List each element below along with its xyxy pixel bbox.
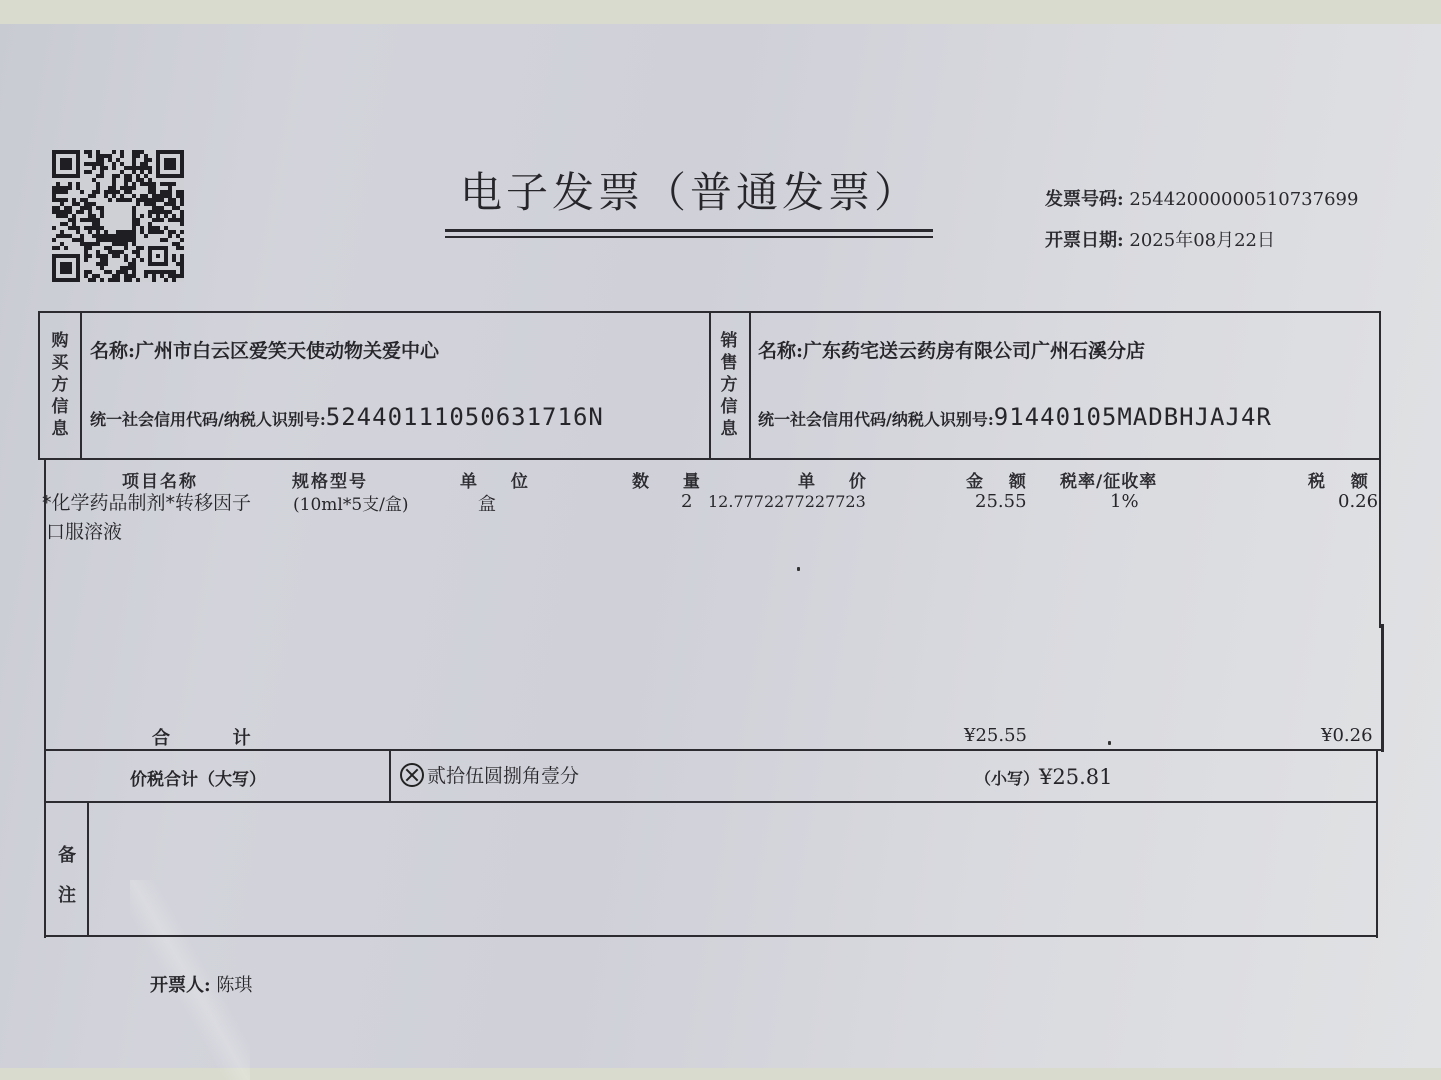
issuer-label: 开票人: <box>150 975 211 996</box>
col-header-unit-price: 单 价 <box>798 467 880 492</box>
total-label: 合 计 <box>152 724 251 750</box>
buyer-name-label: 名称: <box>90 340 135 362</box>
buyer-seller-divider <box>709 311 711 460</box>
seller-tax-id-value: 91440105MADBHJAJ4R <box>994 403 1272 431</box>
invoice-number-label: 发票号码: <box>1045 189 1124 210</box>
item-name-line2: 口服溶液 <box>46 517 122 544</box>
remarks-label: 备 注 <box>56 836 78 916</box>
buyer-label-char: 买 <box>49 352 71 374</box>
seller-label-char: 售 <box>718 352 740 374</box>
invoice-number: 发票号码: 25442000000510737699 <box>1045 185 1358 211</box>
issue-date-label: 开票日期: <box>1045 230 1124 251</box>
invoice-number-value: 25442000000510737699 <box>1129 189 1358 210</box>
item-tax: 0.26 <box>1338 491 1378 512</box>
item-unit-price: 12.7772277227723 <box>708 492 866 511</box>
grand-total-bottom-border <box>46 801 1378 803</box>
remarks-label-char: 注 <box>56 876 78 916</box>
col-header-amount: 金 额 <box>966 467 1036 492</box>
grand-total-small-label: （小写） <box>975 769 1039 788</box>
frame-left-border-top <box>38 311 40 460</box>
qr-code-icon <box>52 150 184 282</box>
remarks-label-divider <box>87 801 89 936</box>
buyer-label-char: 信 <box>49 396 71 418</box>
frame-right-border-top <box>1379 311 1381 460</box>
item-unit: 盒 <box>478 490 496 516</box>
grand-total-divider <box>389 749 391 802</box>
grand-total-small-value: ¥25.81 <box>1039 765 1112 789</box>
seller-label-divider <box>749 311 751 460</box>
issuer: 开票人: 陈琪 <box>150 971 252 997</box>
invoice-title: 电子发票（普通发票） <box>445 160 935 220</box>
seller-label-char: 方 <box>718 374 740 396</box>
seller-section-label: 销 售 方 信 息 <box>718 330 740 440</box>
seller-name: 名称:广东药宅送云药房有限公司广州石溪分店 <box>758 336 1145 363</box>
grand-total-words-value: 贰拾伍圆捌角壹分 <box>427 765 579 787</box>
buyer-tax-id-value: 52440111050631716N <box>326 403 604 431</box>
col-header-tax-rate: 税率/征收率 <box>1060 467 1157 492</box>
col-header-quantity: 数 量 <box>632 467 714 492</box>
frame-right-border-bottom <box>1376 750 1378 938</box>
grand-total-words: 贰拾伍圆捌角壹分 <box>400 761 579 788</box>
remarks-label-char: 备 <box>56 836 78 876</box>
item-spec: (10ml*5支/盒) <box>293 490 409 515</box>
total-amount: ¥25.55 <box>964 725 1027 746</box>
issuer-name: 陈琪 <box>216 975 252 996</box>
col-header-tax: 税 额 <box>1308 467 1378 492</box>
buyer-label-char: 方 <box>49 374 71 396</box>
item-name-line1: *化学药品制剂*转移因子 <box>42 488 251 515</box>
issue-date-value: 2025年08月22日 <box>1129 230 1275 251</box>
seller-tax-id: 统一社会信用代码/纳税人识别号:91440105MADBHJAJ4R <box>758 403 1272 431</box>
seller-label-char: 信 <box>718 396 740 418</box>
seller-label-char: 销 <box>718 330 740 352</box>
buyer-tax-id: 统一社会信用代码/纳税人识别号:52440111050631716N <box>90 403 604 431</box>
issue-date: 开票日期: 2025年08月22日 <box>1045 226 1275 252</box>
col-header-unit: 单 位 <box>460 467 542 492</box>
buyer-name: 名称:广州市白云区爱笑天使动物关爱中心 <box>90 336 439 363</box>
col-header-spec: 规格型号 <box>292 467 368 492</box>
buyer-label-divider <box>80 311 82 460</box>
item-amount: 25.55 <box>975 491 1027 512</box>
buyer-label-char: 购 <box>49 330 71 352</box>
title-underline <box>445 229 933 232</box>
frame-bottom-border <box>46 935 1378 937</box>
seller-name-value: 广东药宅送云药房有限公司广州石溪分店 <box>803 340 1145 362</box>
buyer-name-value: 广州市白云区爱笑天使动物关爱中心 <box>135 340 439 362</box>
seller-tax-id-label: 统一社会信用代码/纳税人识别号: <box>758 410 994 429</box>
remarks-content <box>92 806 1372 931</box>
grand-total-small: （小写）¥25.81 <box>975 765 1113 789</box>
buyer-section-label: 购 买 方 信 息 <box>49 330 71 440</box>
frame-right-border-mid <box>1381 624 1384 752</box>
buyer-label-char: 息 <box>49 418 71 440</box>
item-quantity: 2 <box>681 491 692 512</box>
seller-name-label: 名称: <box>758 340 803 362</box>
buyer-tax-id-label: 统一社会信用代码/纳税人识别号: <box>90 410 326 429</box>
frame-right-border-items <box>1379 458 1381 628</box>
item-tax-rate: 1% <box>1110 491 1139 512</box>
seller-label-char: 息 <box>718 418 740 440</box>
print-speck <box>1108 741 1111 745</box>
total-tax: ¥0.26 <box>1321 725 1373 746</box>
circled-x-icon <box>400 763 424 787</box>
title-underline-second <box>445 236 933 238</box>
print-speck <box>797 567 800 571</box>
grand-total-label: 价税合计（大写） <box>130 765 266 790</box>
